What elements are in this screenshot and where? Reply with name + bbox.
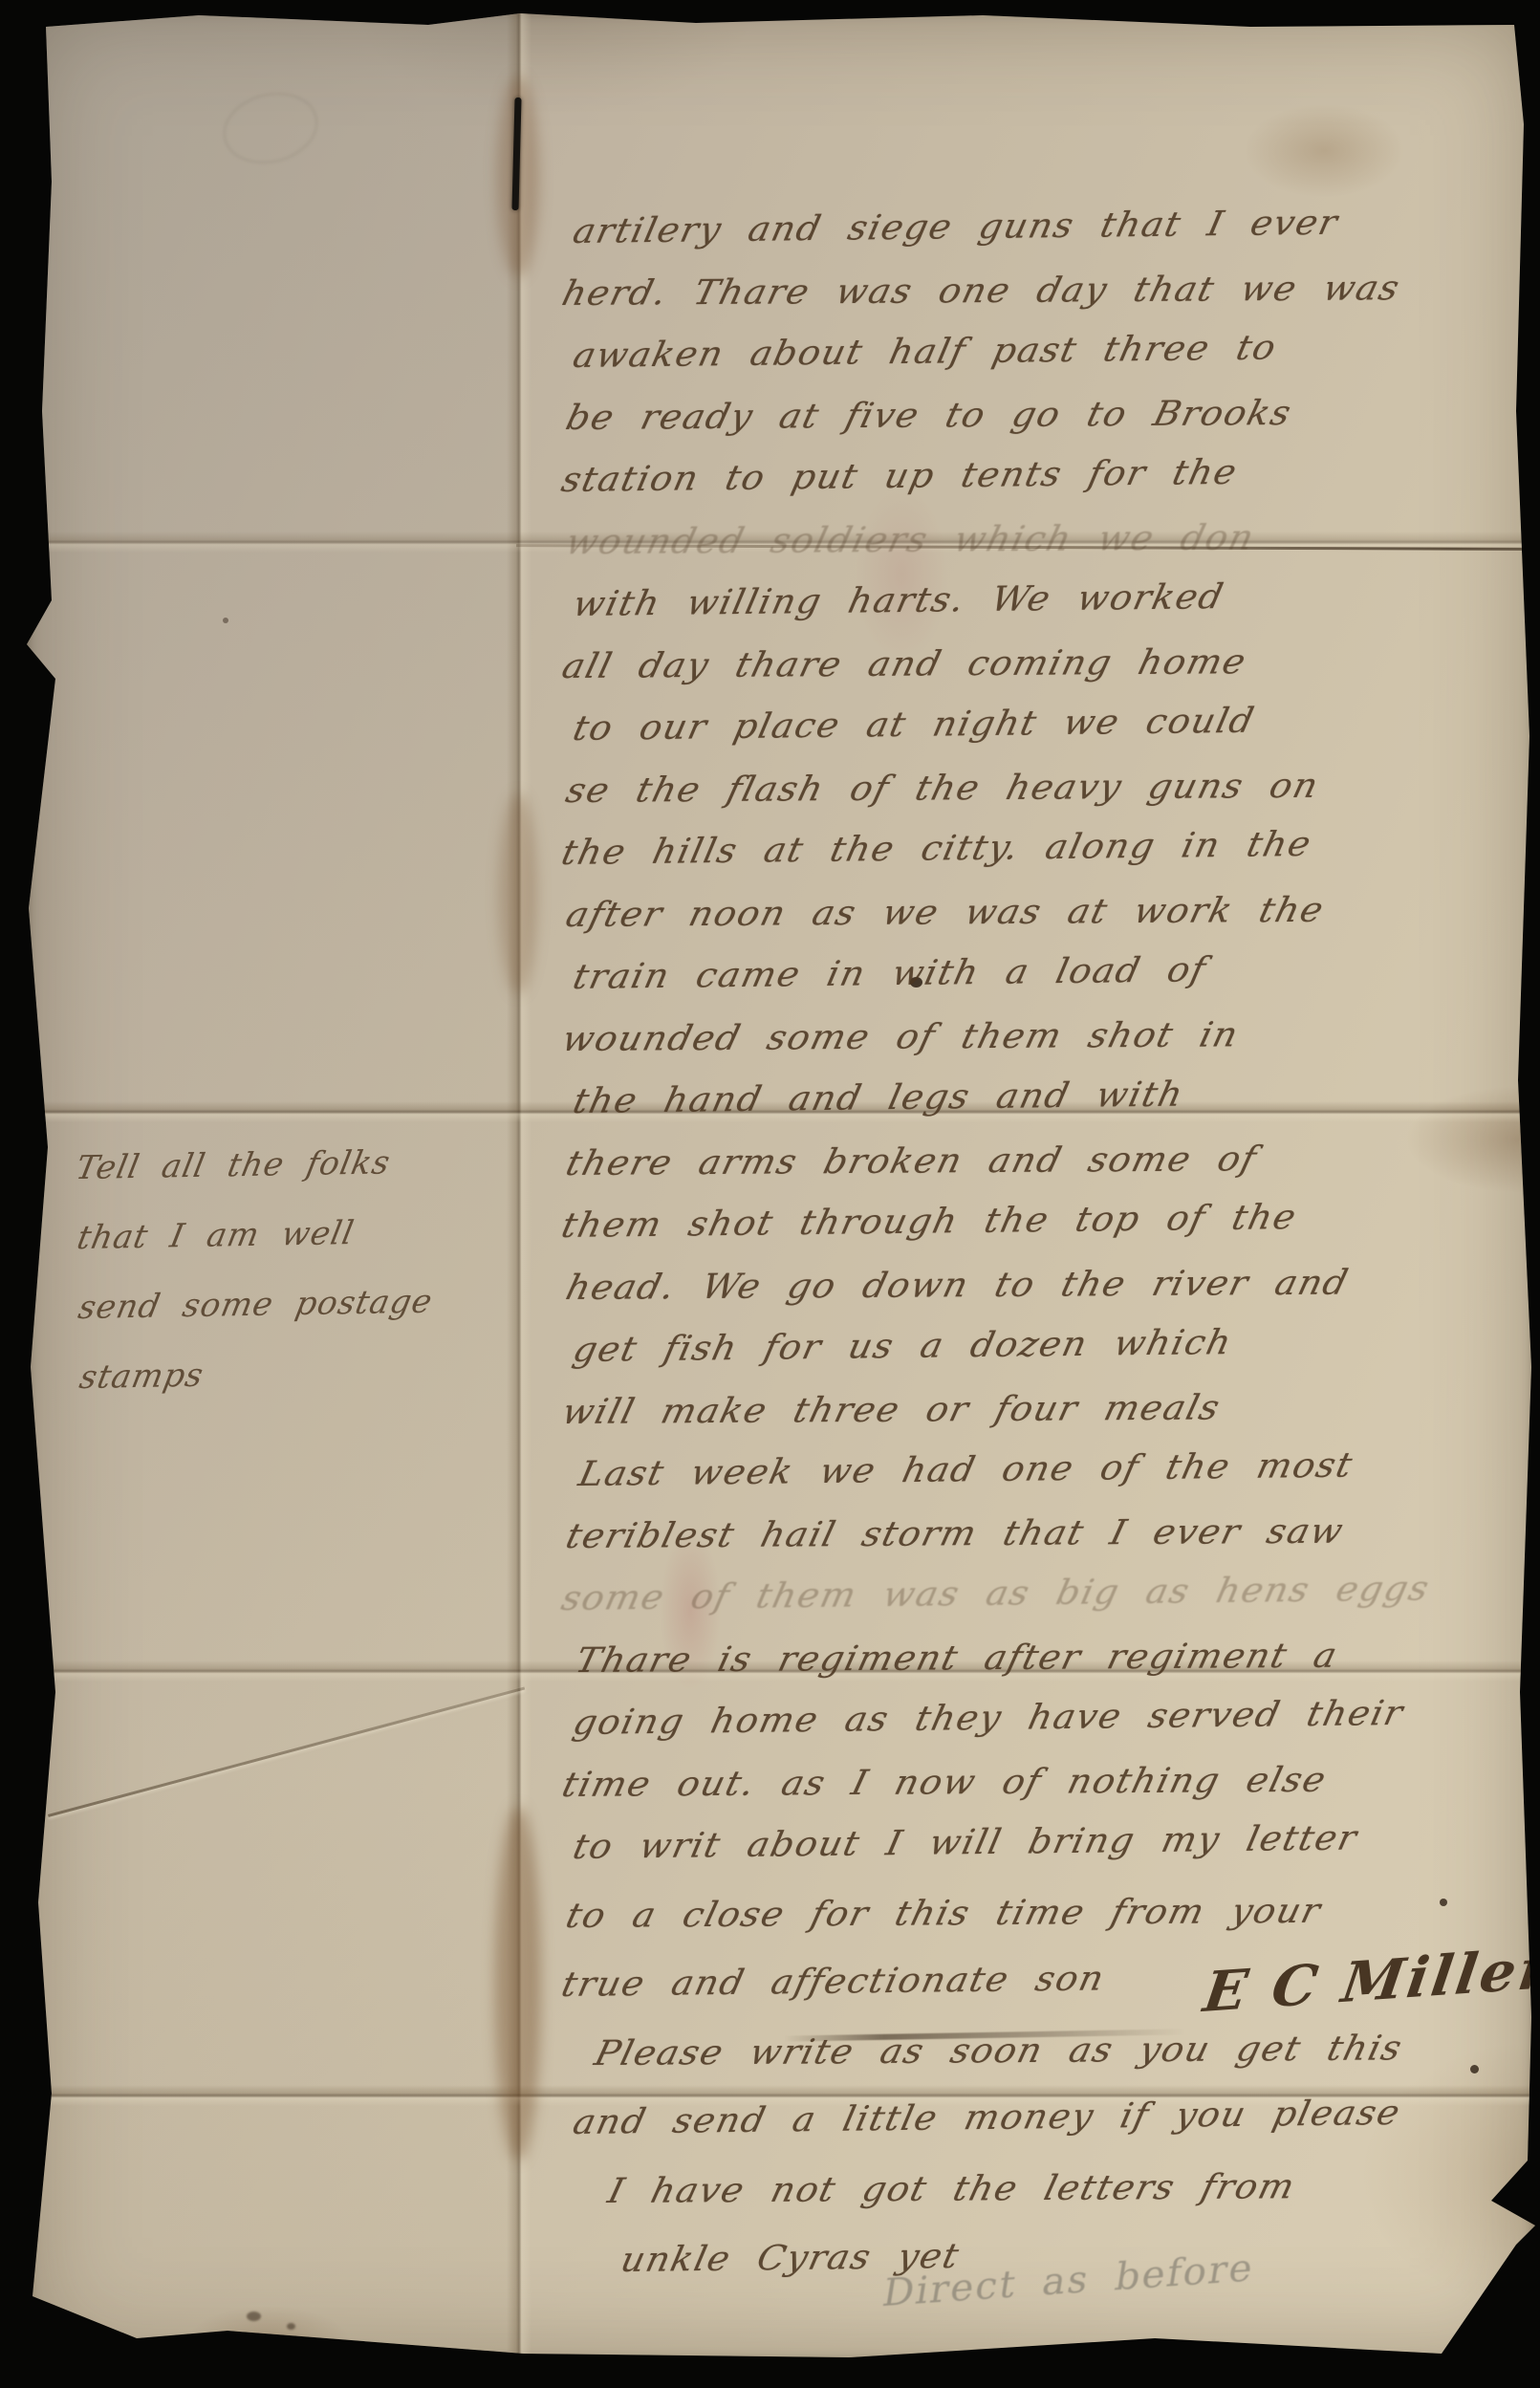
- letter-line: I have not got the letters from: [601, 2154, 1540, 2223]
- letter-line: train came in with a load of: [567, 935, 1540, 1009]
- letter-paper: Tell all the folksthat I am wellsend som…: [27, 10, 1535, 2363]
- margin-note-line: stamps: [74, 1335, 546, 1414]
- edge-stain: [287, 2323, 295, 2330]
- letter-line: going home as they have served their: [567, 1681, 1540, 1754]
- margin-note-line: send some postage: [72, 1266, 544, 1344]
- letter-line: Please write as soon as you get this: [588, 2016, 1540, 2085]
- letter-line: will make three or four meals: [555, 1375, 1540, 1444]
- letter-line: artilery and siege guns that I ever: [567, 189, 1540, 263]
- letter-line: with willing harts. We worked: [567, 562, 1540, 636]
- letter-line: some of them was as big as hens eggs: [555, 1555, 1540, 1630]
- letter-line: station to put up tents for the: [555, 437, 1540, 511]
- letter-line: get fish for us a dozen which: [567, 1308, 1540, 1381]
- letter-line: to writ about I will bring my letter: [567, 1805, 1540, 1878]
- margin-note-line: that I am well: [71, 1196, 543, 1274]
- scanned-letter-stage: Tell all the folksthat I am wellsend som…: [0, 0, 1540, 2388]
- letter-line: the hand and legs and with: [567, 1059, 1540, 1133]
- fold-stain-bottom: [495, 1807, 541, 2160]
- margin-note: Tell all the folksthat I am wellsend som…: [68, 1126, 531, 1413]
- letter-line: the hills at the citty. along in the: [555, 810, 1540, 884]
- letter-line: and send a little money if you please: [567, 2080, 1540, 2154]
- edge-stain: [247, 2312, 261, 2321]
- letter-line: to a close for this time from your: [559, 1878, 1540, 1947]
- letter-line: Last week we had one of the most: [573, 1432, 1540, 1506]
- letter-line: to our place at night we could: [567, 686, 1540, 760]
- letter-line: them shot through the top of the: [555, 1183, 1540, 1257]
- margin-note-line: Tell all the folks: [70, 1126, 542, 1205]
- ink-speck: [223, 618, 228, 623]
- letter-line: awaken about half past three to: [567, 314, 1540, 387]
- fold-stain-middle: [499, 793, 537, 994]
